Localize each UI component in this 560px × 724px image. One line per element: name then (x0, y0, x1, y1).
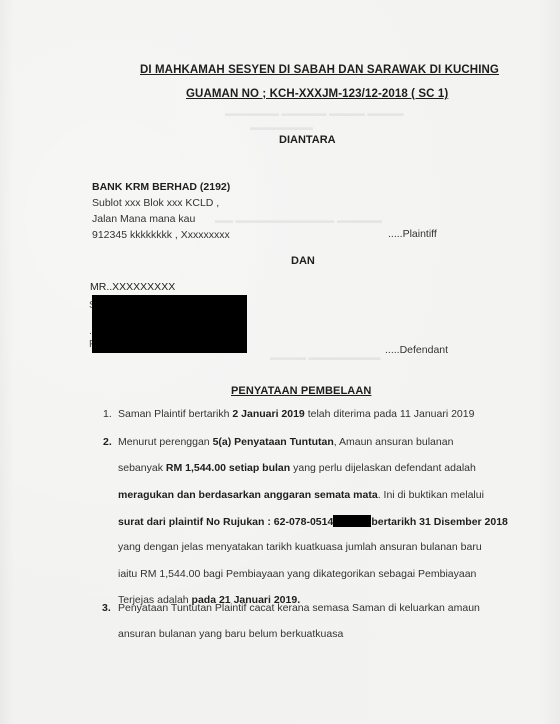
item-text-line: yang dengan jelas menyatakan tarikh kuat… (118, 541, 482, 553)
bleed-through-text: ▬▬▬▬▬▬▬ (250, 122, 313, 132)
plain-text: yang perlu dijelaskan defendant adalah (290, 462, 476, 474)
and-label: DAN (291, 255, 315, 267)
item-text-line: Menurut perenggan 5(a) Penyataan Tuntuta… (118, 436, 453, 448)
item-text-line: ansuran bulanan yang baru belum berkuatk… (118, 628, 343, 640)
bleed-through-text: ▬▬ ▬▬▬▬▬▬▬▬▬▬▬ ▬▬▬▬▬ (215, 215, 382, 225)
emphasis-text: surat dari plaintif No Rujukan : 62-078-… (118, 516, 333, 528)
item-text-line: Penyataan Tuntutan Plaintif cacat kerana… (118, 602, 480, 614)
between-label: DIANTARA (279, 134, 336, 146)
document-page: ▬▬▬▬▬▬ ▬▬▬▬▬ ▬▬▬▬ ▬▬▬▬ ▬▬▬▬▬▬▬ ▬▬ ▬▬▬▬▬▬… (0, 0, 560, 724)
item-text-line: iaitu RM 1,544.00 bagi Pembiayaan yang d… (118, 568, 476, 580)
plain-text: ansuran bulanan yang baru belum berkuatk… (118, 628, 343, 640)
defendant-name: MR..XXXXXXXXX (90, 281, 175, 293)
plain-text: yang dengan jelas menyatakan tarikh kuat… (118, 541, 482, 553)
item-text-line: Saman Plaintif bertarikh 2 Januari 2019 … (118, 408, 474, 420)
reference-redaction (333, 515, 371, 527)
plain-text: Menurut perenggan (118, 436, 213, 448)
section-title: PENYATAAN PEMBELAAN (231, 385, 371, 397)
bleed-through-text: ▬▬▬▬▬▬ ▬▬▬▬▬ ▬▬▬▬ ▬▬▬▬ (225, 108, 404, 118)
plain-text: . Ini di buktikan melalui (378, 489, 484, 501)
plain-text: Saman Plaintif bertarikh (118, 408, 232, 420)
court-title: DI MAHKAMAH SESYEN DI SABAH DAN SARAWAK … (140, 64, 499, 76)
plaintiff-role-label: .....Plaintiff (388, 228, 437, 240)
plaintiff-address-line3: 912345 kkkkkkkk , Xxxxxxxxx (92, 229, 230, 241)
emphasis-text: meragukan dan berdasarkan anggaran semat… (118, 489, 378, 501)
plain-text: sebanyak (118, 462, 166, 474)
emphasis-text: bertarikh 31 Disember 2018 (371, 516, 508, 528)
emphasis-text: 5(a) Penyataan Tuntutan (213, 436, 334, 448)
emphasis-text: 2 Januari 2019 (232, 408, 304, 420)
plain-text: iaitu RM 1,544.00 bagi Pembiayaan yang d… (118, 568, 476, 580)
plaintiff-address-line1: Sublot xxx Blok xxx KCLD , (92, 197, 219, 209)
item-text-line: sebanyak RM 1,544.00 setiap bulan yang p… (118, 462, 476, 474)
item-text-line: surat dari plaintif No Rujukan : 62-078-… (118, 515, 508, 528)
plaintiff-name: BANK KRM BERHAD (2192) (92, 181, 230, 193)
emphasis-text: RM 1,544.00 setiap bulan (166, 462, 290, 474)
plain-text: Penyataan Tuntutan Plaintif cacat kerana… (118, 602, 480, 614)
bleed-through-text: ▬▬▬▬ ▬▬▬▬▬▬▬▬ (270, 352, 381, 362)
item-number: 2. (103, 436, 112, 448)
plain-text: telah diterima pada 11 Januari 2019 (305, 408, 475, 420)
plain-text: , Amaun ansuran bulanan (334, 436, 454, 448)
case-number: GUAMAN NO ; KCH-XXXJM-123/12-2018 ( SC 1… (186, 88, 448, 100)
defendant-role-label: .....Defendant (385, 344, 448, 356)
item-number: 3. (102, 602, 111, 614)
item-number: 1. (103, 408, 112, 420)
plaintiff-address-line2: Jalan Mana mana kau (92, 213, 195, 225)
item-text-line: meragukan dan berdasarkan anggaran semat… (118, 489, 484, 501)
defendant-address-redaction (92, 295, 247, 353)
